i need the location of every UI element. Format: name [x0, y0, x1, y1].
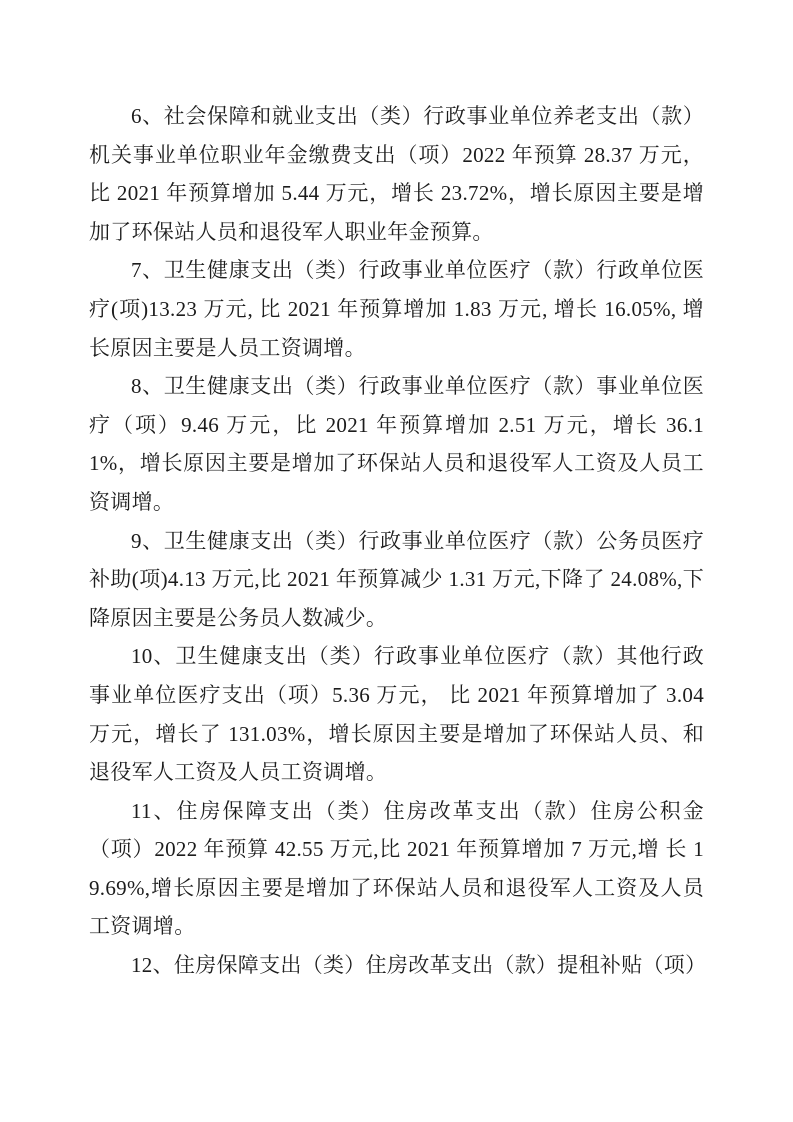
budget-paragraph-11: 11、住房保障支出（类）住房改革支出（款）住房公积金（项）2022 年预算 42… [89, 792, 704, 946]
budget-paragraph-10: 10、卫生健康支出（类）行政事业单位医疗（款）其他行政事业单位医疗支出（项）5.… [89, 637, 704, 791]
budget-paragraph-7: 7、卫生健康支出（类）行政事业单位医疗（款）行政单位医疗(项)13.23 万元,… [89, 251, 704, 367]
budget-paragraph-12: 12、住房保障支出（类）住房改革支出（款）提租补贴（项） [89, 946, 704, 985]
budget-paragraph-9: 9、卫生健康支出（类）行政事业单位医疗（款）公务员医疗补助(项)4.13 万元,… [89, 522, 704, 638]
budget-paragraph-8: 8、卫生健康支出（类）行政事业单位医疗（款）事业单位医疗（项）9.46 万元，比… [89, 367, 704, 521]
document-page: 6、社会保障和就业支出（类）行政事业单位养老支出（款）机关事业单位职业年金缴费支… [0, 0, 793, 1122]
document-text-block: 6、社会保障和就业支出（类）行政事业单位养老支出（款）机关事业单位职业年金缴费支… [89, 97, 704, 985]
budget-paragraph-6: 6、社会保障和就业支出（类）行政事业单位养老支出（款）机关事业单位职业年金缴费支… [89, 97, 704, 251]
